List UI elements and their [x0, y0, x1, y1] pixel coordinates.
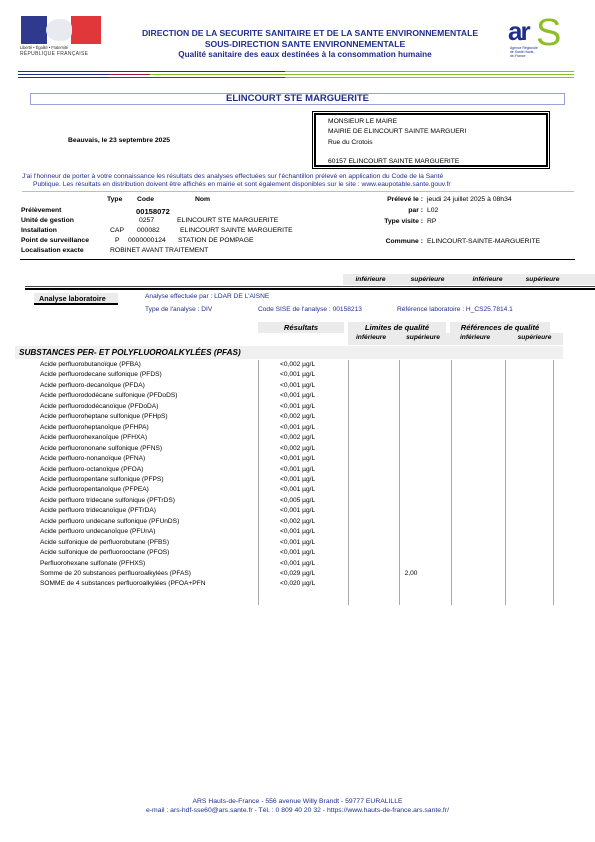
table-row: Acide perfluoro tridecane sulfonique (PF… [0, 496, 595, 506]
result-value: <0,001 µg/L [280, 476, 315, 483]
col-resultats-header: Résultats [258, 322, 344, 333]
preleve-le-label: Prélevé le : [380, 196, 423, 203]
table-row: Acide perfluorodecane sulfonique (PFDS)<… [0, 370, 595, 380]
dateline: Beauvais, le 23 septembre 2025 [68, 137, 170, 144]
result-value: <0,001 µg/L [280, 507, 315, 514]
col-type-header: Type [107, 196, 122, 203]
ars-logo-s: S [536, 12, 561, 55]
result-value: <0,002 µg/L [280, 361, 315, 368]
footer-address: ARS Hauts-de-France - 556 avenue Willy B… [0, 798, 595, 805]
parameter-name: Acide perfluorodecane sulfonique (PFDS) [40, 371, 162, 378]
table-row: Acide perfluoro tridecanoïque (PFTrDA)<0… [0, 506, 595, 516]
logo-name: RÉPUBLIQUE FRANÇAISE [20, 51, 88, 57]
parameter-name: Acide perfluorododécane sulfonique (PFDo… [40, 392, 177, 399]
col-code-header: Code [137, 196, 154, 203]
parameter-name: Acide perfluoro-octanoïque (PFOA) [40, 466, 143, 473]
header-title-1: DIRECTION DE LA SECURITE SANITAIRE ET DE… [100, 28, 520, 38]
result-value: <0,001 µg/L [280, 466, 315, 473]
table-row: Acide perfluorohexanoïque (PFHXA)<0,002 … [0, 433, 595, 443]
type-visite-label: Type visite : [370, 218, 423, 225]
header-title-3: Qualité sanitaire des eaux destinées à l… [95, 50, 515, 59]
parameter-name: Acide perfluoroheptane sulfonique (PFHpS… [40, 413, 168, 420]
parameter-name: Acide sulfonique de perfluorobutane (PFB… [40, 539, 169, 546]
result-value: <0,001 µg/L [280, 403, 315, 410]
point-nom: STATION DE POMPAGE [178, 237, 254, 244]
unite-code: 0257 [139, 217, 154, 224]
commune-label: Commune : [370, 238, 423, 245]
republique-francaise-logo: Liberté • Égalité • Fraternité RÉPUBLIQU… [18, 16, 104, 58]
table-row: Acide perfluoro-nonanoïque (PFNA)<0,001 … [0, 454, 595, 464]
code-sise: Code SISE de l'analyse : 00158213 [258, 306, 362, 313]
result-value: <0,001 µg/L [280, 539, 315, 546]
parameter-name: Acide perfluoro undecane sulfonique (PFU… [40, 518, 179, 525]
table-row: Perfluorohexane sulfonate (PFHXS)<0,001 … [0, 559, 595, 569]
address-line-4: 60157 ELINCOURT SAINTE MARGUERITE [328, 158, 459, 165]
col-limites-header: Limites de qualité [348, 322, 446, 333]
top-col-header-4: supérieure [515, 274, 570, 285]
table-row: Acide perfluorobutanoïque (PFBA)<0,002 µ… [0, 360, 595, 370]
intro-line-2: Publique. Les résultats en distribution … [33, 181, 451, 188]
parameter-name: Acide perfluoro-nonanoïque (PFNA) [40, 455, 145, 462]
table-row: SOMME de 4 substances perfluoroalkylées … [0, 579, 595, 589]
ars-logo-subtitle: Agence Régionale de Santé Hauts-de-Franc… [510, 46, 538, 58]
result-value: <0,002 µg/L [280, 413, 315, 420]
parameter-name: Acide perfluorononane sulfonique (PFNS) [40, 445, 162, 452]
result-value: <0,001 µg/L [280, 486, 315, 493]
double-separator [25, 286, 595, 290]
result-value: <0,001 µg/L [280, 424, 315, 431]
prelevement-label: Prélèvement [21, 207, 61, 214]
section-title: SUBSTANCES PER- ET POLYFLUOROALKYLÉES (P… [15, 346, 563, 359]
sub-col-ref-sup: supérieure [507, 334, 562, 341]
sub-col-ref-inf: inférieure [450, 334, 500, 341]
table-row: Acide perfluoropentanoïque (PFPEA)<0,001… [0, 485, 595, 495]
ars-logo-letters: ar [508, 16, 529, 47]
result-value: <0,001 µg/L [280, 549, 315, 556]
table-row: Acide perfluorododécane sulfonique (PFDo… [0, 391, 595, 401]
limit-superieure: 2,00 [386, 570, 436, 577]
commune-title: ELINCOURT STE MARGUERITE [30, 93, 565, 105]
parameter-name: Somme de 20 substances perfluoroalkylées… [40, 570, 191, 577]
intro-line-1: J'ai l'honneur de porter à votre connais… [22, 172, 574, 181]
header-stripes [18, 71, 574, 80]
installation-code: 000082 [137, 227, 160, 234]
parameter-name: Acide perfluoro tridecane sulfonique (PF… [40, 497, 175, 504]
analyse-effectuee-par: Analyse effectuée par : LDAR DE L'AISNE [145, 293, 269, 300]
type-analyse: Type de l'analyse : DIV [145, 306, 212, 313]
point-type: P [115, 237, 120, 244]
parameter-name: Acide perfluoro tridecanoïque (PFTrDA) [40, 507, 156, 514]
result-value: <0,001 µg/L [280, 560, 315, 567]
address-box: MONSIEUR LE MAIRE MAIRIE DE ELINCOURT SA… [314, 113, 548, 167]
address-line-1: MONSIEUR LE MAIRE [328, 118, 397, 125]
result-value: <0,020 µg/L [280, 580, 315, 587]
top-col-header-2: supérieure [400, 274, 455, 285]
marianne-icon [46, 19, 72, 41]
header-title-2: SOUS-DIRECTION SANTE ENVIRONNEMENTALE [95, 39, 515, 49]
par-value: L02 [427, 207, 438, 214]
table-row: Somme de 20 substances perfluoroalkylées… [0, 569, 595, 579]
table-row: Acide perfluoro undecanoïque (PFUnA)<0,0… [0, 527, 595, 537]
installation-nom: ELINCOURT SAINTE MARGUERITE [180, 227, 293, 234]
parameter-name: Acide perfluoroheptanoïque (PFHPA) [40, 424, 149, 431]
top-col-header-3: inférieure [460, 274, 515, 285]
point-label: Point de surveillance [21, 237, 89, 244]
type-visite-value: RP [427, 218, 436, 225]
result-value: <0,002 µg/L [280, 518, 315, 525]
table-row: Acide perfluoro undecane sulfonique (PFU… [0, 517, 595, 527]
parameter-name: SOMME de 4 substances perfluoroalkylées … [40, 580, 205, 587]
result-value: <0,002 µg/L [280, 445, 315, 452]
footer-contact: e-mail : ars-hdf-sse60@ars.sante.fr - Té… [0, 807, 595, 814]
address-line-3: Rue du Crotois [328, 139, 373, 146]
installation-type: CAP [110, 227, 124, 234]
table-row: Acide sulfonique de perfluorooctane (PFO… [0, 548, 595, 558]
parameter-name: Acide perfluoro undecanoïque (PFUnA) [40, 528, 155, 535]
analyse-laboratoire-label: Analyse laboratoire [34, 293, 118, 305]
separator [20, 259, 575, 260]
preleve-le-value: jeudi 24 juillet 2025 à 08h34 [427, 196, 512, 203]
table-row: Acide perfluoro-decanoïque (PFDA)<0,001 … [0, 381, 595, 391]
parameter-name: Acide perfluoro-decanoïque (PFDA) [40, 382, 145, 389]
unite-label: Unité de gestion [21, 217, 74, 224]
par-label: par : [380, 207, 423, 214]
table-row: Acide sulfonique de perfluorobutane (PFB… [0, 538, 595, 548]
reference-laboratoire: Référence laboratoire : H_CS25.7814.1 [397, 306, 513, 313]
result-value: <0,002 µg/L [280, 434, 315, 441]
table-row: Acide perfluorononane sulfonique (PFNS)<… [0, 444, 595, 454]
parameter-name: Acide sulfonique de perfluorooctane (PFO… [40, 549, 169, 556]
prelevement-code: 00158072 [136, 207, 170, 216]
table-row: Acide perfluoroheptanoïque (PFHPA)<0,001… [0, 423, 595, 433]
localisation-label: Localisation exacte [21, 247, 84, 254]
address-line-2: MAIRIE DE ELINCOURT SAINTE MARGUERI [328, 128, 466, 135]
table-row: Acide perfluoro-octanoïque (PFOA)<0,001 … [0, 465, 595, 475]
table-row: Acide perfluoropentane sulfonique (PFPS)… [0, 475, 595, 485]
result-value: <0,001 µg/L [280, 382, 315, 389]
result-value: <0,001 µg/L [280, 528, 315, 535]
col-references-header: Références de qualité [450, 322, 550, 333]
result-value: <0,005 µg/L [280, 497, 315, 504]
parameter-name: Acide perfluorohexanoïque (PFHXA) [40, 434, 147, 441]
top-col-header-1: inférieure [343, 274, 398, 285]
result-value: <0,001 µg/L [280, 371, 315, 378]
table-row: Acide perfluorododécanoïque (PFDoDA)<0,0… [0, 402, 595, 412]
parameter-name: Acide perfluorododécanoïque (PFDoDA) [40, 403, 158, 410]
localisation-value: ROBINET AVANT TRAITEMENT [110, 247, 208, 254]
result-value: <0,029 µg/L [280, 570, 315, 577]
commune-value: ELINCOURT-SAINTE-MARGUERITE [427, 238, 540, 245]
col-nom-header: Nom [195, 196, 210, 203]
sub-col-lim-sup: supérieure [397, 334, 449, 341]
sub-col-lim-inf: inférieure [346, 334, 396, 341]
parameter-name: Perfluorohexane sulfonate (PFHXS) [40, 560, 145, 567]
result-value: <0,001 µg/L [280, 392, 315, 399]
point-code: 0000000124 [128, 237, 166, 244]
installation-label: Installation [21, 227, 57, 234]
parameter-name: Acide perfluorobutanoïque (PFBA) [40, 361, 141, 368]
result-value: <0,001 µg/L [280, 455, 315, 462]
table-row: Acide perfluoroheptane sulfonique (PFHpS… [0, 412, 595, 422]
logo-motto: Liberté • Égalité • Fraternité [20, 45, 104, 50]
unite-nom: ELINCOURT STE MARGUERITE [177, 217, 278, 224]
parameter-name: Acide perfluoropentane sulfonique (PFPS) [40, 476, 164, 483]
parameter-name: Acide perfluoropentanoïque (PFPEA) [40, 486, 149, 493]
ars-logo: ar S Agence Régionale de Santé Hauts-de-… [508, 22, 570, 62]
separator [22, 191, 574, 192]
